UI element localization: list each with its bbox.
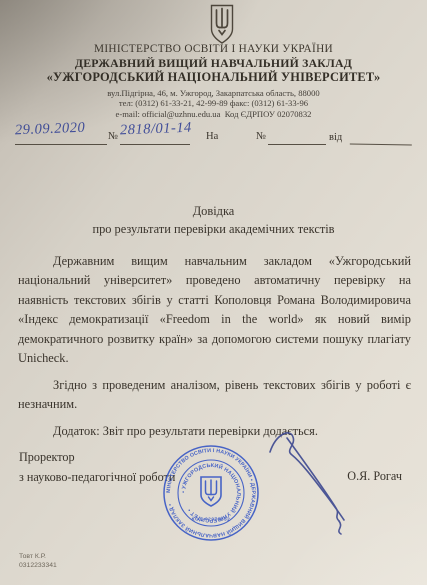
institution-name-line: «УЖГОРОДСЬКИЙ НАЦІОНАЛЬНИЙ УНІВЕРСИТЕТ» <box>0 71 427 85</box>
executor-phone: 0312233341 <box>19 562 57 571</box>
signer-position: Проректор з науково-педагогічної роботи <box>19 448 175 487</box>
signer-position-line1: Проректор <box>19 448 175 468</box>
signer-position-line2: з науково-педагогічної роботи <box>19 468 175 488</box>
letterhead: МІНІСТЕРСТВО ОСВІТИ І НАУКИ УКРАЇНИ ДЕРЖ… <box>0 43 427 119</box>
body-paragraph: Державним вищим навчальним закладом «Ужг… <box>18 252 411 368</box>
reply-number-symbol: № <box>256 131 266 142</box>
reply-number-underline <box>268 122 326 145</box>
document-photo: МІНІСТЕРСТВО ОСВІТИ І НАУКИ УКРАЇНИ ДЕРЖ… <box>0 0 427 585</box>
handwritten-date: 29.09.2020 <box>15 120 86 140</box>
number-symbol: № <box>108 131 118 142</box>
stamp-trident-icon <box>201 477 221 506</box>
reference-line: 29.09.2020 № 2818/01-14 На № від <box>0 122 427 152</box>
institution-type-line: ДЕРЖАВНИЙ ВИЩИЙ НАВЧАЛЬНИЙ ЗАКЛАД <box>0 57 427 70</box>
document-title: Довідка <box>0 203 427 221</box>
reply-date-underline <box>350 121 412 145</box>
address-line: вул.Підгірна, 46, м. Ужгород, Закарпатсь… <box>0 88 427 98</box>
date-underline: 29.09.2020 <box>15 122 107 145</box>
document-body: Державним вищим навчальним закладом «Ужг… <box>18 252 411 449</box>
signature-scribble <box>260 424 362 539</box>
ukraine-trident-emblem-icon <box>208 4 236 45</box>
stamp-code-text: КОД 02070832 <box>192 517 231 523</box>
title-block: Довідка про результати перевірки академі… <box>0 203 427 238</box>
reply-to-label: На <box>206 131 218 142</box>
ministry-line: МІНІСТЕРСТВО ОСВІТИ І НАУКИ УКРАЇНИ <box>0 43 427 56</box>
reply-from-label: від <box>329 132 342 143</box>
document-subtitle: про результати перевірки академічних тек… <box>0 221 427 239</box>
number-underline: 2818/01-14 <box>120 122 190 145</box>
handwritten-number: 2818/01-14 <box>120 120 192 140</box>
phone-fax-line: тел: (0312) 61-33-21, 42-99-89 факс: (03… <box>0 98 427 108</box>
email-code-line: e-mail: official@uzhnu.edu.ua Код ЄДРПОУ… <box>0 109 427 119</box>
executor-block: Товт К.Р. 0312233341 <box>19 553 57 570</box>
executor-name: Товт К.Р. <box>19 553 57 562</box>
body-paragraph: Згідно з проведеним аналізом, рівень тек… <box>18 376 411 415</box>
university-stamp: МІНІСТЕРСТВО ОСВІТИ І НАУКИ УКРАЇНИ • ДЕ… <box>161 443 261 543</box>
